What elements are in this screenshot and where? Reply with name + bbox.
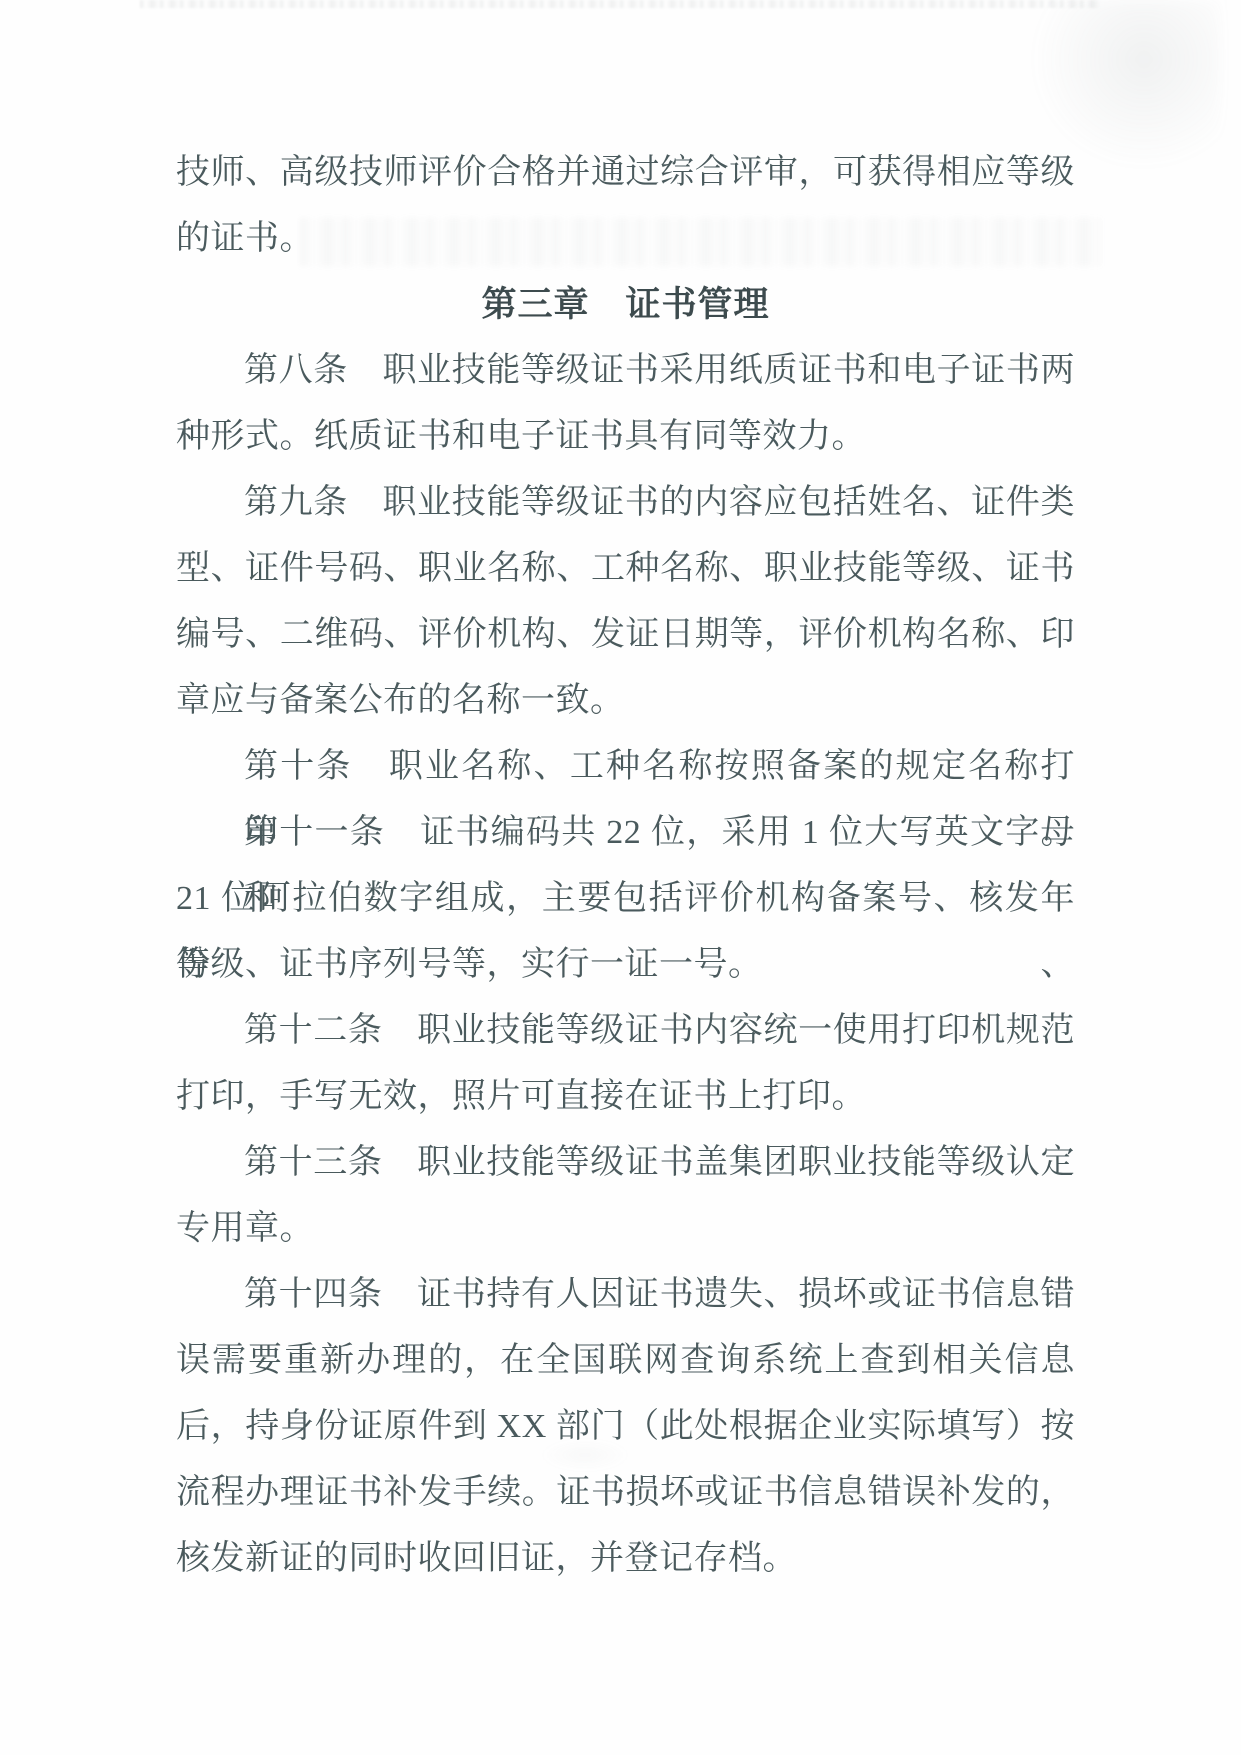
document-line: 种形式。纸质证书和电子证书具有同等效力。 [176, 404, 1075, 470]
document-line: 第十二条 职业技能等级证书内容统一使用打印机规范 [176, 998, 1075, 1064]
document-line: 核发新证的同时收回旧证，并登记存档。 [176, 1526, 1075, 1592]
document-line: 第十四条 证书持有人因证书遗失、损坏或证书信息错 [176, 1262, 1075, 1328]
document-text-block: 技师、高级技师评价合格并通过综合评审，可获得相应等级 的证书。 第三章 证书管理… [176, 140, 1075, 1592]
document-line: 编号、二维码、评价机构、发证日期等，评价机构名称、印 [176, 602, 1075, 668]
document-line: 误需要重新办理的，在全国联网查询系统上查到相关信息 [176, 1328, 1075, 1394]
document-line: 第十一条 证书编码共 22 位，采用 1 位大写英文字母和 [176, 800, 1075, 866]
document-line: 第八条 职业技能等级证书采用纸质证书和电子证书两 [176, 338, 1075, 404]
document-line: 打印，手写无效，照片可直接在证书上打印。 [176, 1064, 1075, 1130]
document-line: 技师、高级技师评价合格并通过综合评审，可获得相应等级 [176, 140, 1075, 206]
document-line: 的证书。 [176, 206, 1075, 272]
document-line: 21 位阿拉伯数字组成，主要包括评价机构备案号、核发年份、 [176, 866, 1075, 932]
chapter-heading: 第三章 证书管理 [176, 272, 1075, 338]
document-line: 第十三条 职业技能等级证书盖集团职业技能等级认定 [176, 1130, 1075, 1196]
document-page: 技师、高级技师评价合格并通过综合评审，可获得相应等级 的证书。 第三章 证书管理… [0, 0, 1241, 1755]
document-line: 流程办理证书补发手续。证书损坏或证书信息错误补发的， [176, 1460, 1075, 1526]
document-line: 型、证件号码、职业名称、工种名称、职业技能等级、证书 [176, 536, 1075, 602]
document-line: 后，持身份证原件到 XX 部门（此处根据企业实际填写）按 [176, 1394, 1075, 1460]
document-line: 第十条 职业名称、工种名称按照备案的规定名称打印。 [176, 734, 1075, 800]
scan-artifact-top-edge [140, 0, 1100, 8]
document-line: 第九条 职业技能等级证书的内容应包括姓名、证件类 [176, 470, 1075, 536]
document-line: 章应与备案公布的名称一致。 [176, 668, 1075, 734]
document-line: 专用章。 [176, 1196, 1075, 1262]
